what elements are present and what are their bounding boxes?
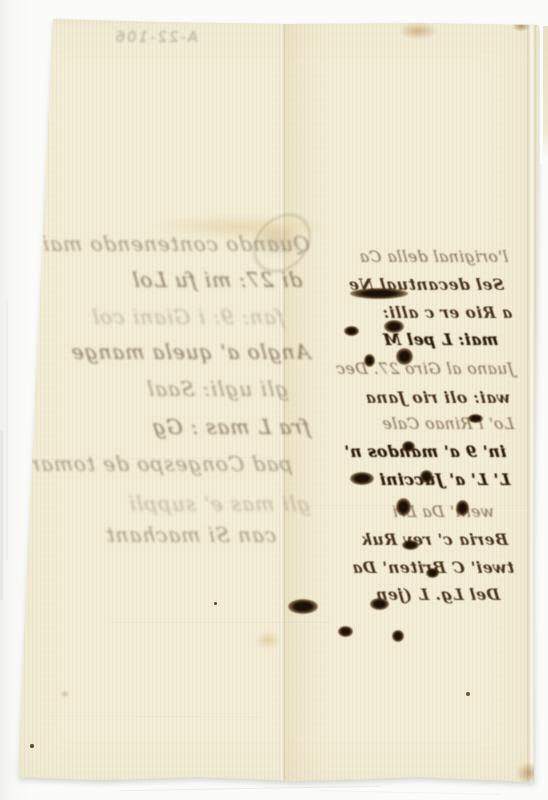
fox-spot — [255, 630, 281, 650]
handwriting-line: in' 9 a' mandos n' — [321, 442, 515, 461]
handwriting-line: Lo' l Rinao Cale — [321, 415, 515, 433]
fox-spot — [516, 762, 542, 784]
showthrough-text-column-left: Quando contenendo mai di 27: mi fu Lol f… — [26, 232, 310, 547]
handwriting-line: fra L mas : Gg — [25, 415, 312, 439]
handwriting-line: di 27: mi fu Lol — [25, 268, 312, 292]
paper-speck — [466, 692, 470, 696]
handwriting-line: twei' C Briten' Da — [321, 558, 515, 577]
handwriting-line: pad Congespo de tomar — [25, 452, 312, 476]
ink-blot — [392, 630, 404, 642]
handwriting-line: mai: L pel M — [321, 330, 515, 349]
ink-blot — [288, 599, 318, 614]
handwriting-line: Del Lg. L (jen — [321, 585, 515, 604]
handwriting-line: Juano al Giro 27. Dec — [321, 360, 515, 378]
archival-shelfmark: A-22-106 — [87, 28, 199, 46]
handwriting-line: L' L' a' Juccini — [321, 470, 515, 489]
paper-speck — [30, 744, 34, 748]
horizontal-crease — [45, 715, 260, 719]
handwriting-line: Quando contenendo mai — [25, 232, 312, 256]
scanner-background: A-22-106 Quando contenendo mai di 27: mi… — [0, 0, 548, 800]
fox-spot — [512, 20, 530, 32]
handwriting-line: gli ugli: Saal — [25, 377, 312, 401]
paper-speck — [214, 602, 217, 605]
handwriting-line: fan: 9: i Giani col — [25, 305, 312, 329]
ink-blot — [338, 626, 353, 637]
handwriting-line: l'original della Ca — [321, 248, 515, 266]
handwriting-line: Beria c' rev Ruk — [321, 530, 515, 549]
fox-spot — [398, 22, 438, 40]
paper-sheet: A-22-106 Quando contenendo mai di 27: mi… — [0, 0, 548, 800]
handwriting-line: can Si machant — [25, 523, 312, 547]
right-edge-fold — [527, 25, 536, 782]
paper-sheet-wrap: A-22-106 Quando contenendo mai di 27: mi… — [0, 0, 548, 800]
showthrough-text-column-right: l'original della Ca Sel decantual Ne a R… — [322, 248, 514, 604]
handwriting-line: Anglo a' quela mange — [25, 340, 312, 364]
handwriting-line: wai: oli rio Jana — [321, 388, 515, 407]
handwriting-line: a Rio er c alli: — [321, 303, 515, 322]
fox-spot — [60, 690, 70, 698]
handwriting-line: wein' Da Lri — [321, 503, 515, 521]
handwriting-line: gli mas e' suppli — [25, 492, 312, 516]
horizontal-crease — [110, 622, 330, 624]
handwriting-line: Sel decantual Ne — [321, 275, 515, 294]
conjugate-leaf-edge — [543, 26, 548, 158]
